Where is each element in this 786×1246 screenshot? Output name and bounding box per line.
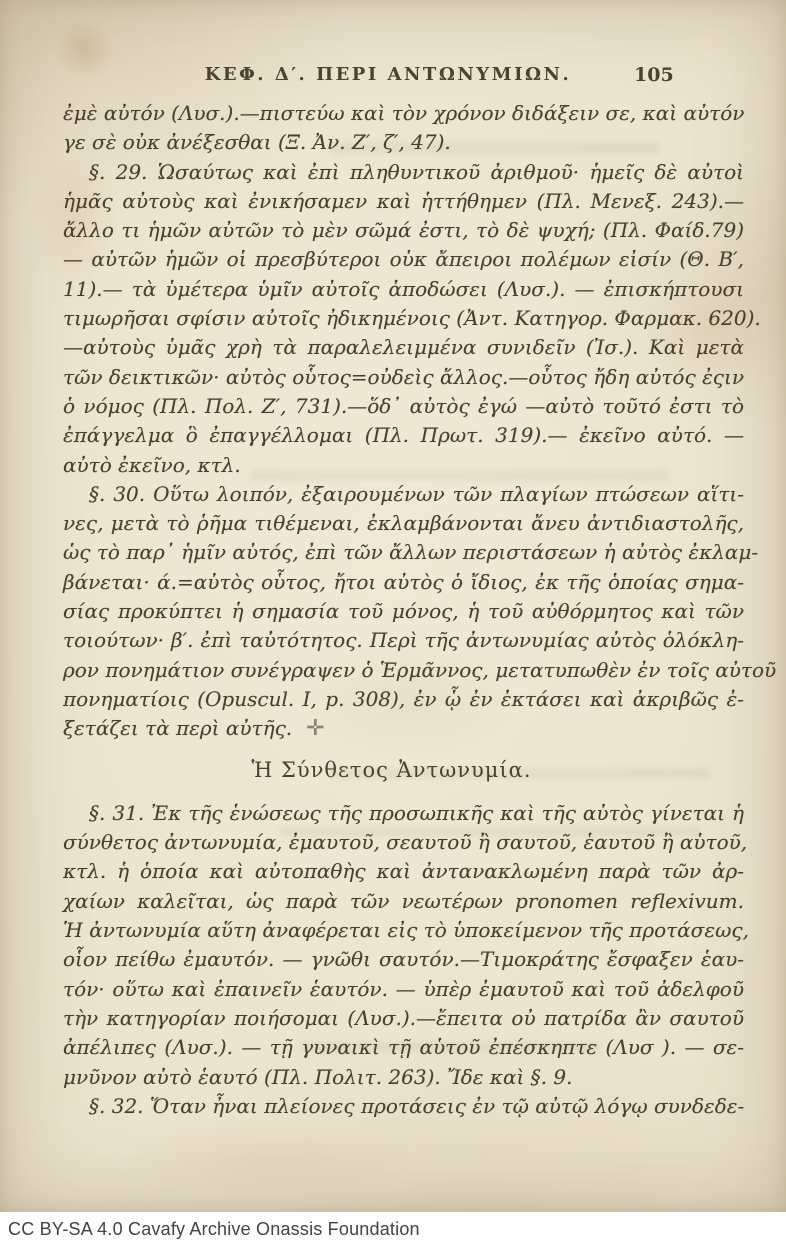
text-line: ξετάζει τὰ περὶ αὐτῆς.✛ [63,714,744,743]
text-line: §. 32. Ὅταν ἦναι πλείονες προτάσεις ἐν τ… [63,1092,744,1121]
paper-stain [120,1120,420,1200]
text-line: —αὐτοὺς ὑμᾶς χρὴ τὰ παραλελειμμένα συνιδ… [63,333,744,362]
page-number: 105 [634,64,674,86]
text-line: Ἡ ἀντωνυμία αὕτη ἀναφέρεται εἰς τὸ ὑποκε… [63,916,744,945]
section-heading: Ἡ Σύνθετος Ἀντωνυμία. [63,756,720,785]
text-line: §. 31. Ἐκ τῆς ἑνώσεως τῆς προσωπικῆς καὶ… [63,799,744,828]
text-line: ἡμᾶς αὐτοὺς καὶ ἐνικήσαμεν καὶ ἡττήθημεν… [63,187,744,216]
text-line: κτλ. ἡ ὁποία καὶ αὐτοπαθὴς καὶ ἀντανακλω… [63,857,744,886]
text-line: τοιούτων· β′. ἐπὶ ταὐτότητος. Περὶ τῆς ἀ… [63,626,744,655]
text-line: γε σὲ οὐκ ἀνέξεσθαι (Ξ. Ἀν. Ζ′, ζ′, 47). [63,128,744,157]
text-line: μνῦνον αὐτὸ ἑαυτό (Πλ. Πολιτ. 263). Ἴδε … [63,1063,744,1092]
text-line: πονηματίοις (Opuscul. I, p. 308), ἐν ᾧ ἐ… [63,685,744,714]
text-line: ὡς τὸ παρ᾽ ἡμῖν αὐτός, ἐπὶ τῶν ἄλλων περ… [63,538,744,567]
text-line: ἀπέλιπες (Λυσ.). — τῇ γυναικὶ τῇ αὑτοῦ ἐ… [63,1033,744,1062]
text-line: τιμωρῆσαι σφίσιν αὐτοῖς ἠδικημένοις (Ἀντ… [63,304,744,333]
text-line: §. 29. Ὡσαύτως καὶ ἐπὶ πληθυντικοῦ ἀριθμ… [63,158,744,187]
text-line: §. 30. Οὕτω λοιπόν, ἐξαιρουμένων τῶν πλα… [63,480,744,509]
text-line: ἄλλο τι ἡμῶν αὐτῶν τὸ μὲν σῶμά ἐστι, τὸ … [63,216,744,245]
text-line: τόν· οὕτω καὶ ἐπαινεῖν ἑαυτόν. — ὑπὲρ ἐμ… [63,975,744,1004]
text-line: σύνθετος ἀντωνυμία, ἐμαυτοῦ, σεαυτοῦ ἢ σ… [63,828,744,857]
text-line: ἐμὲ αὐτόν (Λυσ.).—πιστεύω καὶ τὸν χρόνον… [63,99,744,128]
paper-background: ΚΕΦ. Δ′. ΠΕΡΙ ΑΝΤΩΝΥΜΙΩΝ. 105 ἐμὲ αὐτόν … [0,0,786,1212]
text-line: βάνεται· ά.=αὐτὸς οὗτος, ἤτοι αὐτὸς ὁ ἴδ… [63,568,744,597]
license-bar: CC BY-SA 4.0 Cavafy Archive Onassis Foun… [0,1212,786,1246]
text-line: 11).— τὰ ὑμέτερα ὑμῖν αὐτοῖς ἀποδώσει (Λ… [63,275,744,304]
running-head: ΚΕΦ. Δ′. ΠΕΡΙ ΑΝΤΩΝΥΜΙΩΝ. 105 [0,64,786,90]
text-line: σίας προκύπτει ἡ σημασία τοῦ μόνος, ἡ το… [63,597,744,626]
text-line: χαίων καλεῖται, ὡς παρὰ τῶν νεωτέρων pro… [63,887,744,916]
text-line: αὐτὸ ἐκεῖνο, κτλ. [63,451,744,480]
printer-mark: ✛ [292,716,324,741]
text-line: τὴν κατηγορίαν ποιήσομαι (Λυσ.).—ἔπειτα … [63,1004,744,1033]
body-text: ἐμὲ αὐτόν (Λυσ.).—πιστεύω καὶ τὸν χρόνον… [63,99,744,1121]
scanned-book-page: ΚΕΦ. Δ′. ΠΕΡΙ ΑΝΤΩΝΥΜΙΩΝ. 105 ἐμὲ αὐτόν … [0,0,786,1246]
text-line: νες, μετὰ τὸ ῥῆμα τιθέμεναι, ἐκλαμβάνοντ… [63,509,744,538]
text-line: ρον πονημάτιον συνέγραψεν ὁ Ἑρμᾶννος, με… [63,656,744,685]
text-line: τῶν δεικτικῶν· αὐτὸς οὗτος=οὐδεὶς ἄλλος.… [63,363,744,392]
text-line: ὁ νόμος (Πλ. Πολ. Ζ′, 731).—ὅδ᾽ αὐτὸς ἐγ… [63,392,744,421]
text-line: — αὐτῶν ἡμῶν οἱ πρεσβύτεροι οὐκ ἄπειροι … [63,245,744,274]
license-text: CC BY-SA 4.0 Cavafy Archive Onassis Foun… [0,1219,420,1240]
chapter-title: ΚΕΦ. Δ′. ΠΕΡΙ ΑΝΤΩΝΥΜΙΩΝ. [178,64,598,85]
text-line: οἷον πείθω ἐμαυτόν. — γνῶθι σαυτόν.—Τιμο… [63,945,744,974]
text-line: ἐπάγγελμα ὃ ἐπαγγέλλομαι (Πλ. Πρωτ. 319)… [63,421,744,450]
